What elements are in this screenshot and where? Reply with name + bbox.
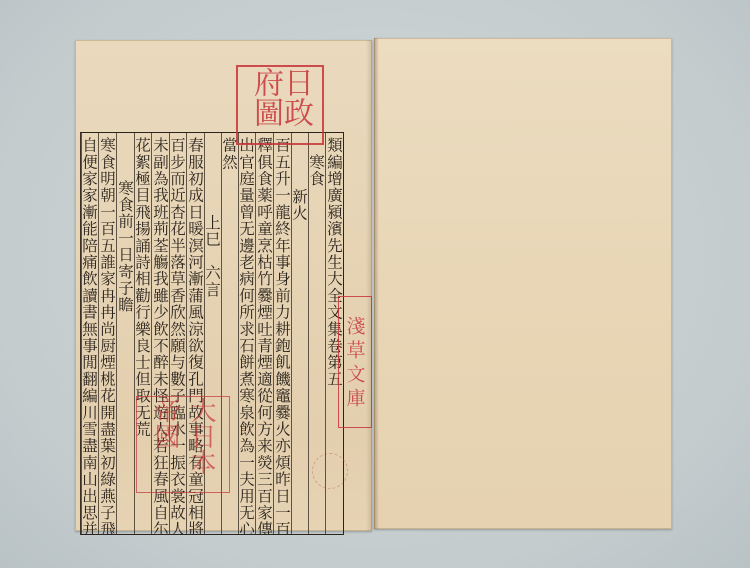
poem-line: 出官庭量曾无邊老病何所求石餅煮寒泉飲為一夫用无心周: [238, 133, 255, 534]
poem-title: 寒食前一日寄子瞻: [116, 133, 134, 534]
poem-title: 新火: [291, 133, 308, 534]
seal-faint-circle: [312, 453, 348, 489]
poem-line: 百五升一龍終年事身前力耕鉋飢饑竈爨火亦煩昨日一百五吃: [273, 133, 291, 534]
poem-line: 自便家家漸能陪痛飲讀書無事閒翻編川雪盡南山出思并人: [81, 133, 98, 534]
seal-top: 日政府圖: [236, 65, 324, 145]
seal-bottom: 大日本帝國: [136, 396, 230, 493]
poem-line: 釋俱食薬呼童烹枯竹爨煙吐青煙適從何方来熒三百家傳性火: [255, 133, 273, 534]
right-page: [374, 38, 672, 529]
seal-asakusa-bunko: 淺草文庫: [338, 296, 372, 428]
poem-line: 寒食明朝一百五誰家冉冉尚厨煙桃花開盡葉初綠燕子飛來体: [98, 133, 116, 534]
